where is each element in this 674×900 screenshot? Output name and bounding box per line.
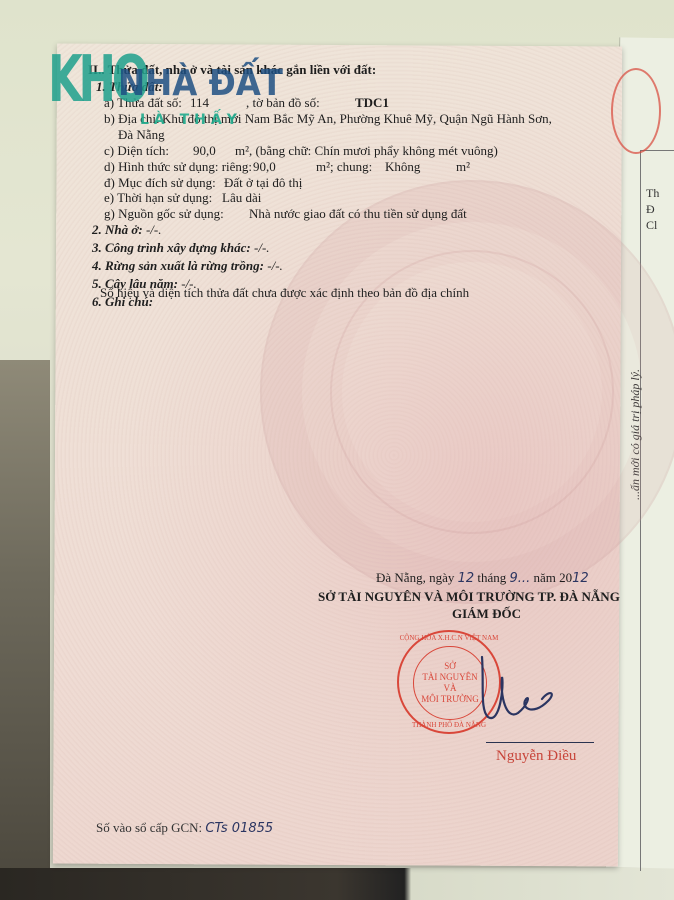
adjacent-page-text: Th Đ Cl xyxy=(646,185,659,233)
usage-private-value: 90,0 xyxy=(253,159,276,175)
purpose-value: Đất ở tại đô thị xyxy=(224,175,302,191)
note-text: Số hiệu và diện tích thửa đất chưa được … xyxy=(100,285,469,301)
stamp-ring-top: CỘNG HÒA X.H.C.N VIỆT NAM xyxy=(399,634,499,642)
asset-item-label: 3. Công trình xây dựng khác: xyxy=(92,240,251,255)
watermark-logo-tagline: LÀ THẤY xyxy=(140,112,242,128)
issue-date: Đà Nẵng, ngày 12 tháng 9... năm 2012 xyxy=(376,570,589,586)
signature-underline xyxy=(486,742,594,743)
side-line: Cl xyxy=(646,217,659,233)
background-surface xyxy=(0,360,50,900)
asset-item-value: -/-. xyxy=(146,222,162,237)
usage-form-label: d) Hình thức sử dụng: riêng: xyxy=(104,159,252,175)
asset-item: 4. Rừng sản xuất là rừng trồng: -/-. xyxy=(92,258,283,274)
usage-shared-value: Không xyxy=(385,159,420,175)
background-table xyxy=(0,868,674,900)
address-city: Đà Nẵng xyxy=(118,127,165,143)
date-prefix: Đà Nẵng, ngày xyxy=(376,570,454,585)
origin-value: Nhà nước giao đất có thu tiền sử dụng đấ… xyxy=(249,206,467,222)
asset-item-label: 4. Rừng sản xuất là rừng trồng: xyxy=(92,258,264,273)
asset-item-value: -/-. xyxy=(254,240,270,255)
side-line: Th xyxy=(646,185,659,201)
registry-number: Số vào sổ cấp GCN: CTs 01855 xyxy=(96,820,273,836)
signature-icon xyxy=(470,655,580,735)
signer-title: GIÁM ĐỐC xyxy=(452,606,521,622)
registry-value: CTs 01855 xyxy=(205,821,273,836)
term-value: Lâu dài xyxy=(222,190,261,206)
asset-item-value: -/-. xyxy=(267,258,283,273)
date-month: 9... xyxy=(510,571,531,586)
partial-red-stamp-icon xyxy=(611,68,661,154)
date-month-label: tháng xyxy=(477,570,506,585)
signer-name: Nguyễn Điều xyxy=(496,748,576,765)
asset-item: 2. Nhà ở: -/-. xyxy=(92,222,161,238)
area-value: 90,0 xyxy=(193,143,216,159)
usage-shared-unit: m² xyxy=(456,159,470,175)
term-label: e) Thời hạn sử dụng: xyxy=(104,190,212,206)
map-sheet-value: TDC1 xyxy=(355,95,389,111)
area-label: c) Diện tích: xyxy=(104,143,169,159)
origin-label: g) Nguồn gốc sử dụng: xyxy=(104,206,224,222)
area-in-words: m², (bằng chữ: Chín mươi phẩy không mét … xyxy=(235,143,498,159)
asset-item: 3. Công trình xây dựng khác: -/-. xyxy=(92,240,270,256)
side-line: Đ xyxy=(646,201,659,217)
date-year-label: năm 20 xyxy=(533,570,572,585)
watermark-logo-nha-dat: NHÀ ĐẤT xyxy=(118,64,283,104)
date-day: 12 xyxy=(458,571,475,586)
purpose-label: đ) Mục đích sử dụng: xyxy=(104,175,216,191)
date-year: 12 xyxy=(572,571,589,586)
usage-shared-label: m²; chung: xyxy=(316,159,372,175)
asset-item-label: 2. Nhà ở: xyxy=(92,222,143,237)
registry-label: Số vào sổ cấp GCN: xyxy=(96,820,202,835)
issuing-authority: SỞ TÀI NGUYÊN VÀ MÔI TRƯỜNG TP. ĐÀ NẴNG xyxy=(318,589,674,605)
